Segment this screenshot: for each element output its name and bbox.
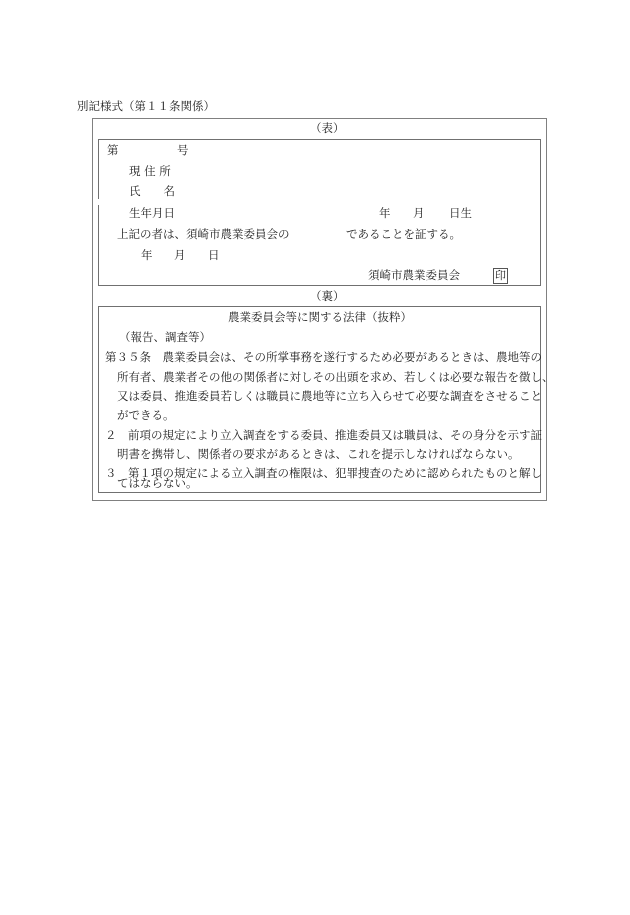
article-line: 又は委員、推進委員若しくは職員に農地等に立ち入らせて必要な調査をさせること xyxy=(117,391,542,403)
issue-year-label: 年 xyxy=(141,250,153,262)
number-suffix: 号 xyxy=(177,145,189,157)
seal-mark: 印 xyxy=(493,268,508,284)
front-heading: （表） xyxy=(310,123,345,135)
birthdate-label: 生年月日 xyxy=(129,208,175,220)
back-heading: （裏） xyxy=(310,291,345,303)
birth-month-label: 月 xyxy=(413,208,425,220)
article-line: 明書を携帯し、関係者の要求があるときは、これを提示しなければならない。 xyxy=(117,449,520,461)
address-label: 現 住 所 xyxy=(129,166,171,178)
birth-year-label: 年 xyxy=(379,208,391,220)
issue-month-label: 月 xyxy=(174,250,186,262)
law-title: 農業委員会等に関する法律（抜粋） xyxy=(228,312,412,324)
form-caption: 別記様式（第１１条関係） xyxy=(77,101,215,113)
article-line: ができる。 xyxy=(117,410,175,422)
birth-day-label: 日生 xyxy=(449,208,472,220)
certification-suffix: であることを証する。 xyxy=(346,229,461,241)
issue-day-label: 日 xyxy=(208,250,220,262)
article-line: 第３５条 農業委員会は、その所掌事務を遂行するため必要があるときは、農地等の xyxy=(105,352,542,364)
section-title: （報告、調査等） xyxy=(119,332,211,344)
article-line: ２ 前項の規定により立入調査をする委員、推進委員又は職員は、その身分を示す証 xyxy=(105,430,542,442)
number-prefix: 第 xyxy=(107,145,119,157)
certification-prefix: 上記の者は、須崎市農業委員会の xyxy=(117,229,290,241)
article-line: 所有者、農業者その他の関係者に対しその出頭を求め、若しくは必要な報告を徴し、 xyxy=(117,372,554,384)
name-label: 氏 名 xyxy=(129,186,175,198)
border-gap xyxy=(97,199,101,205)
issuer-name: 須崎市農業委員会 xyxy=(368,270,460,282)
article-line: てはならない。 xyxy=(117,478,198,490)
